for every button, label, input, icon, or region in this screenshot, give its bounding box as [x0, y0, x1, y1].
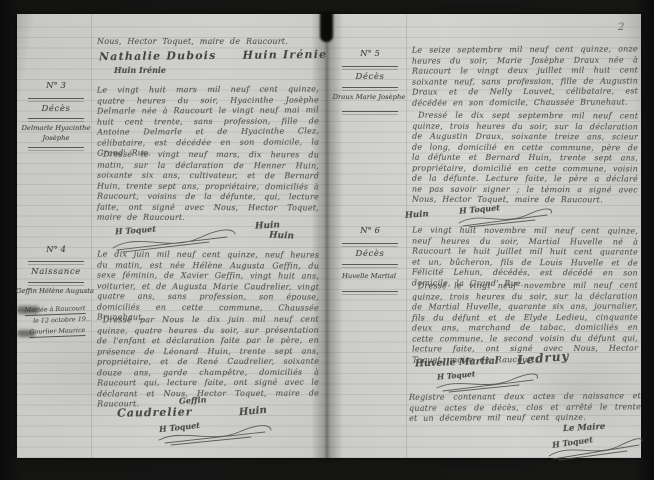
act-5-paragraph-1: Le seize septembre mil neuf cent quinze,… — [412, 44, 638, 108]
act-3-name: Delmarle Hyacinthe Josèphe — [11, 124, 101, 143]
act-5-category: Décès — [337, 72, 403, 82]
gutter-top-notch — [320, 12, 333, 42]
signature-huin-4: Huin — [405, 209, 429, 221]
act-4-paragraph-1: Le dix juin mil neuf cent quinze, neuf h… — [97, 250, 319, 324]
signature-huin-irenie: Huin Irénie — [243, 48, 328, 62]
act-6-name: Huvelle Martial — [323, 272, 415, 282]
margin-rule — [28, 147, 84, 151]
register-closing-statement: Registre contenant deux actes de naissan… — [409, 391, 641, 424]
signature-geffin: Geffin — [179, 394, 207, 405]
margin-rule — [28, 261, 84, 265]
margin-rule — [342, 291, 398, 295]
margin-rule — [342, 66, 398, 70]
act-3-number: N° 3 — [23, 81, 89, 91]
signature-flourish — [545, 438, 645, 462]
act-4-name: Geffin Hélène Augusta — [7, 287, 103, 297]
left-margin-divider — [91, 14, 92, 458]
act-3-category: Décès — [23, 104, 89, 114]
act-5-number: N° 5 — [337, 49, 403, 59]
signature-nathalie-dubois: Nathalie Dubois — [99, 49, 217, 63]
act-4-category: Naissance — [23, 267, 89, 277]
previous-act-closing-line: Nous, Hector Toquet, maire de Raucourt. — [97, 37, 317, 48]
margin-rule — [28, 98, 84, 102]
signature-huin-2: Huin — [269, 231, 294, 242]
signature-flourish — [433, 373, 543, 393]
signature-huin-irenie-2: Huin Irénie — [114, 65, 166, 75]
margin-rule — [342, 87, 398, 91]
marriage-mention: Mariée à Raucourt le 12 octobre 19.. Gou… — [24, 303, 90, 338]
act-3-paragraph-2: Dressé le vingt neuf mars, dix heures du… — [97, 150, 319, 224]
margin-rule — [342, 264, 398, 268]
act-5-paragraph-2: Dressé le dix sept septembre mil neuf ce… — [412, 111, 638, 206]
act-3-paragraph-1: Le vingt huit mars mil neuf cent quinze,… — [97, 84, 319, 159]
right-margin-divider — [406, 14, 407, 458]
signature-caudrelier: Caudrelier — [117, 405, 193, 419]
photo-background: Nous, Hector Toquet, maire de Raucourt. … — [0, 0, 654, 480]
signature-flourish — [155, 424, 275, 446]
act-6-number: N° 6 — [337, 226, 403, 236]
act-4-number: N° 4 — [23, 245, 89, 255]
register-spread: Nous, Hector Toquet, maire de Raucourt. … — [17, 14, 641, 458]
page-number: 2 — [618, 22, 624, 33]
margin-rule — [342, 111, 398, 115]
act-6-category: Décès — [337, 249, 403, 259]
margin-rule — [28, 118, 84, 122]
margin-rule — [342, 243, 398, 247]
mention-line-3: Gourlier Maurice — [29, 326, 85, 337]
act-4-paragraph-2: Dressé par Nous le dix juin mil neuf cen… — [97, 315, 319, 410]
margin-rule — [28, 282, 84, 286]
previous-act-signature-row: Nathalie Dubois Huin Irénie — [99, 48, 327, 63]
act-5-name: Draux Marie Josèphe — [323, 93, 415, 103]
